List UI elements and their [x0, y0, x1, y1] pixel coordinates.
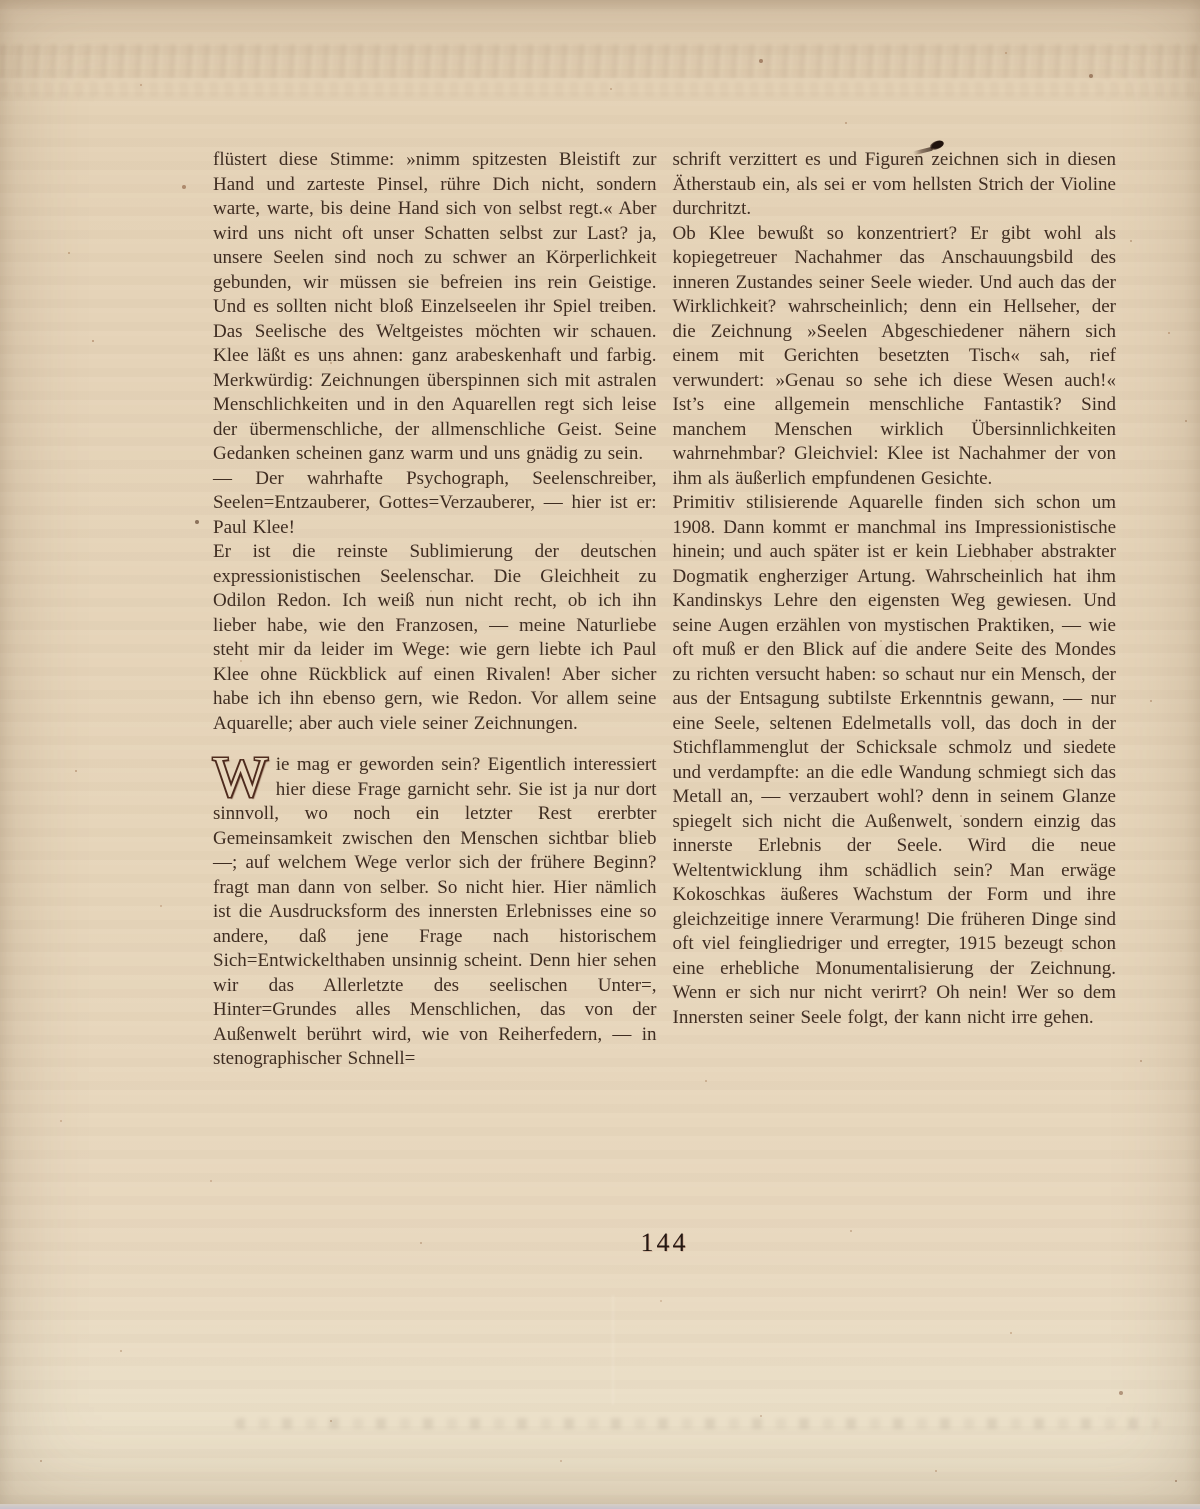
paragraph-psychograph: — Der wahrhafte Psychograph, Seelenschre…: [213, 467, 657, 541]
paper-streak-top: [0, 44, 1200, 78]
foxing-specks: [0, 0, 2, 2]
paper-crease: [612, 1295, 614, 1405]
paragraph-primitiv: Primitiv stilisierende Aquarelle finden …: [673, 491, 1117, 1030]
drop-cap-w: W: [213, 755, 268, 799]
paragraph-ob-klee: Ob Klee bewußt so konzentriert? Er gibt …: [673, 222, 1117, 492]
paragraph-sublimierung: Er ist die reinste Sublimierung der deut…: [213, 540, 657, 736]
show-through-text-band: [235, 1418, 1160, 1429]
paragraph-schrift: schrift verzittert es und Figuren zeichn…: [673, 148, 1117, 222]
page-number: 144: [213, 1228, 1116, 1258]
paragraph-dropcap-text: ie mag er geworden sein? Eigentlich inte…: [213, 754, 657, 1069]
left-column: flüstert diese Stimme: »nimm spitzesten …: [213, 148, 657, 1072]
paragraph-continuation: flüstert diese Stimme: »nimm spitzesten …: [213, 148, 657, 467]
paragraph-dropcap: Wie mag er geworden sein? Eigentlich int…: [213, 753, 657, 1072]
scan-bottom-edge: [0, 1504, 1200, 1509]
text-columns: flüstert diese Stimme: »nimm spitzesten …: [213, 148, 1116, 1072]
book-page-scan: flüstert diese Stimme: »nimm spitzesten …: [0, 0, 1200, 1509]
paper-streak-secondary: [0, 82, 1200, 97]
right-column: schrift verzittert es und Figuren zeichn…: [673, 148, 1117, 1072]
